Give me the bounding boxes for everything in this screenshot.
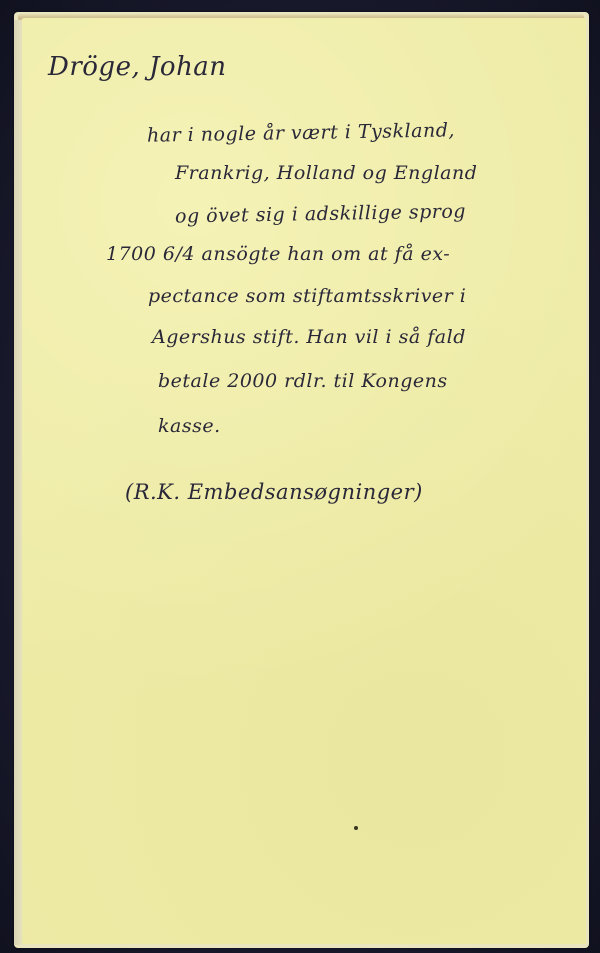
card-heading-name: Dröge, Johan [48, 52, 227, 82]
source-reference: (R.K. Embedsansøgninger) [125, 480, 423, 504]
card-text-line: Frankrig, Holland og England [175, 162, 477, 184]
card-text-line: pectance som stiftamtsskriver i [148, 285, 466, 307]
ink-speck [354, 826, 358, 830]
card-text-line: kasse. [158, 415, 221, 437]
card-text-line: betale 2000 rdlr. til Kongens [158, 370, 448, 392]
card-text-line: Agershus stift. Han vil i så fald [152, 326, 466, 348]
card-text-line: 1700 6/4 ansögte han om at få ex- [106, 243, 450, 265]
